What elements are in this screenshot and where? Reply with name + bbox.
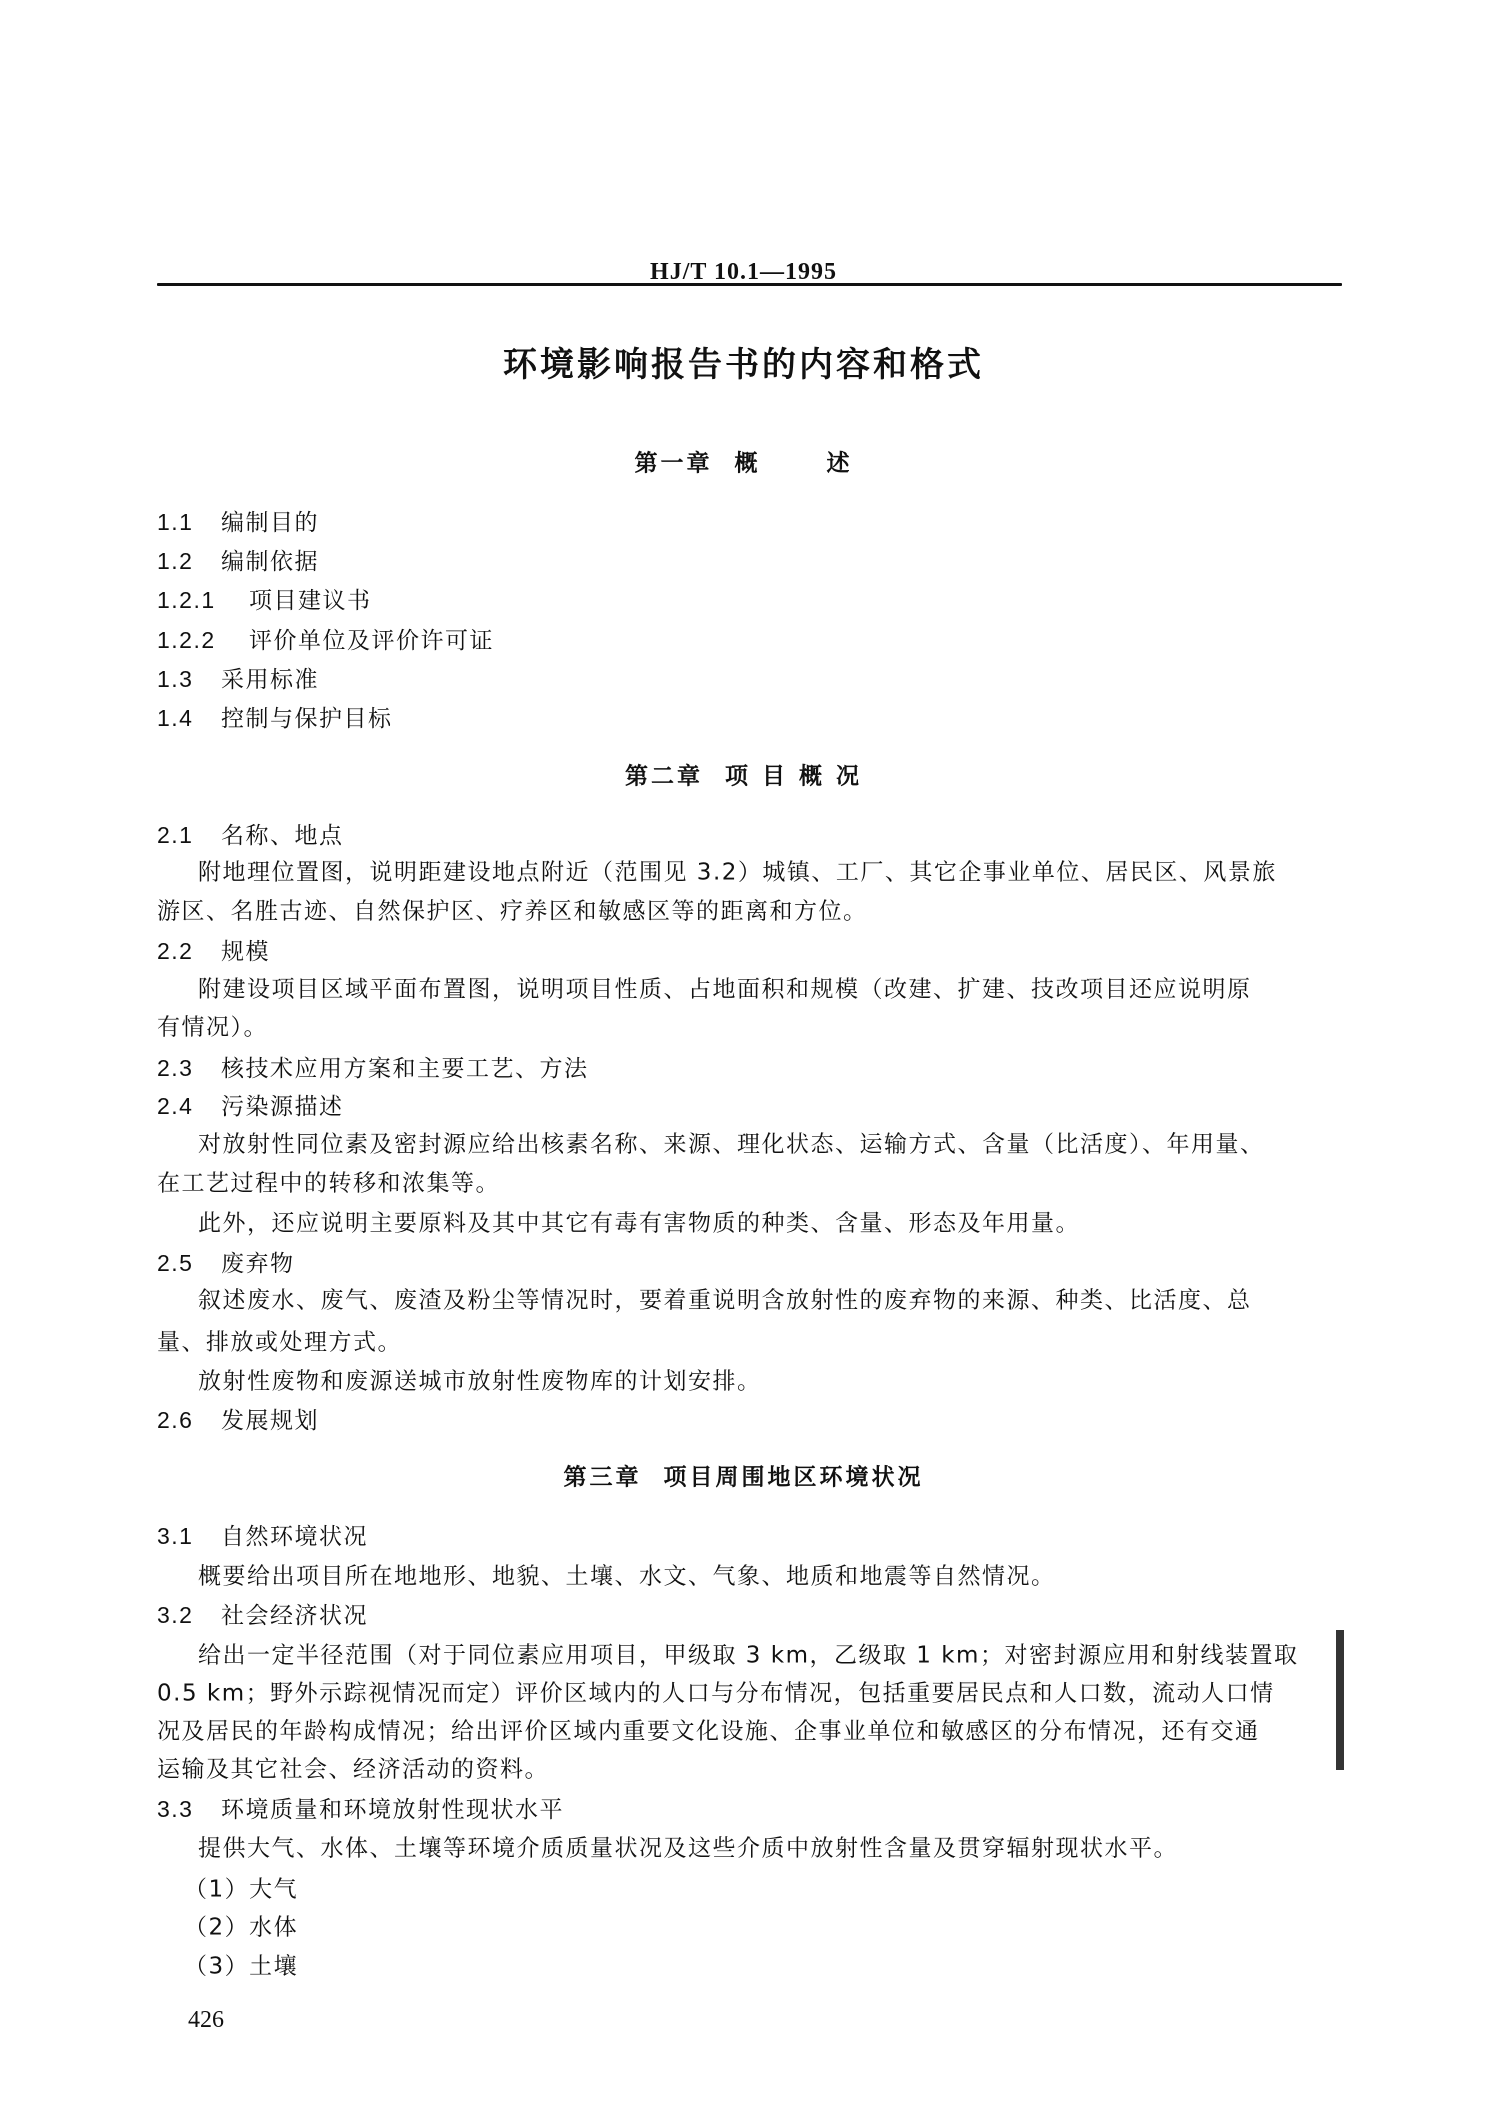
section-3-3: 3.3环境质量和环境放射性现状水平 (157, 1798, 564, 1822)
section-title: 环境质量和环境放射性现状水平 (221, 1797, 564, 1823)
list-item: （1）大气 (184, 1879, 298, 1902)
section-3-1: 3.1自然环境状况 (157, 1525, 368, 1549)
section-2-5: 2.5废弃物 (157, 1252, 295, 1276)
section-1-4: 1.4控制与保护目标 (157, 707, 393, 731)
section-title: 评价单位及评价许可证 (249, 628, 494, 654)
section-title: 社会经济状况 (221, 1603, 368, 1629)
paragraph-line: 给出一定半径范围（对于同位素应用项目，甲级取 3 km，乙级取 1 km；对密封… (198, 1645, 1298, 1668)
section-title: 名称、地点 (221, 823, 344, 849)
section-number: 2.1 (157, 824, 221, 847)
chapter-2-heading: 第二章 项 目 概 况 (0, 766, 1487, 789)
section-2-1: 2.1名称、地点 (157, 824, 344, 848)
section-number: 2.6 (157, 1409, 221, 1432)
paragraph-line: 此外，还应说明主要原料及其中其它有毒有害物质的种类、含量、形态及年用量。 (198, 1213, 1080, 1236)
section-2-4: 2.4污染源描述 (157, 1095, 344, 1119)
section-number: 1.3 (157, 668, 221, 691)
paragraph-line: 叙述废水、废气、废渣及粉尘等情况时，要着重说明含放射性的废弃物的来源、种类、比活… (198, 1290, 1252, 1313)
paragraph-line: 运输及其它社会、经济活动的资料。 (157, 1759, 549, 1782)
paragraph-line: 附地理位置图，说明距建设地点附近（范围见 3.2）城镇、工厂、其它企事业单位、居… (198, 862, 1277, 885)
section-1-2-1: 1.2.1项目建议书 (157, 589, 372, 613)
section-title: 采用标准 (221, 667, 319, 693)
section-title: 规模 (221, 939, 270, 965)
paragraph-line: 况及居民的年龄构成情况；给出评价区域内重要文化设施、企事业单位和敏感区的分布情况… (157, 1721, 1260, 1744)
paragraph-line: 游区、名胜古迹、自然保护区、疗养区和敏感区等的距离和方位。 (157, 901, 868, 924)
section-title: 编制依据 (221, 549, 319, 575)
chapter-1-heading: 第一章 概 述 (0, 453, 1487, 476)
paragraph-line: 量、排放或处理方式。 (157, 1332, 402, 1355)
paragraph-line: 有情况）。 (157, 1017, 268, 1040)
paragraph-line: 0.5 km；野外示踪视情况而定）评价区域内的人口与分布情况，包括重要居民点和人… (157, 1683, 1275, 1706)
section-title: 污染源描述 (221, 1094, 344, 1120)
list-item: （2）水体 (184, 1917, 298, 1940)
document-title: 环境影响报告书的内容和格式 (0, 348, 1487, 382)
section-1-3: 1.3采用标准 (157, 668, 319, 692)
section-number: 3.1 (157, 1525, 221, 1548)
paragraph-line: 概要给出项目所在地地形、地貌、土壤、水文、气象、地质和地震等自然情况。 (198, 1566, 1056, 1589)
section-2-6: 2.6发展规划 (157, 1409, 319, 1433)
section-number: 2.2 (157, 940, 221, 963)
section-title: 编制目的 (221, 510, 319, 536)
scan-artifact (1336, 1630, 1344, 1770)
section-number: 1.2.2 (157, 629, 249, 652)
page-number: 426 (188, 2008, 224, 2032)
section-number: 2.3 (157, 1057, 221, 1080)
section-number: 2.5 (157, 1252, 221, 1275)
paragraph-line: 在工艺过程中的转移和浓集等。 (157, 1173, 500, 1196)
section-title: 核技术应用方案和主要工艺、方法 (221, 1056, 589, 1082)
section-number: 1.2.1 (157, 589, 249, 612)
section-1-1: 1.1编制目的 (157, 511, 319, 535)
section-title: 废弃物 (221, 1251, 295, 1277)
section-number: 3.3 (157, 1798, 221, 1821)
section-number: 2.4 (157, 1095, 221, 1118)
section-2-3: 2.3核技术应用方案和主要工艺、方法 (157, 1057, 589, 1081)
section-title: 自然环境状况 (221, 1524, 368, 1550)
paragraph-line: 放射性废物和废源送城市放射性废物库的计划安排。 (198, 1371, 762, 1394)
section-3-2: 3.2社会经济状况 (157, 1604, 368, 1628)
section-2-2: 2.2规模 (157, 940, 270, 964)
section-1-2: 1.2编制依据 (157, 550, 319, 574)
paragraph-line: 附建设项目区域平面布置图，说明项目性质、占地面积和规模（改建、扩建、技改项目还应… (198, 979, 1252, 1002)
section-number: 1.4 (157, 707, 221, 730)
paragraph-line: 对放射性同位素及密封源应给出核素名称、来源、理化状态、运输方式、含量（比活度）、… (198, 1134, 1265, 1157)
chapter-3-heading: 第三章 项目周围地区环境状况 (0, 1467, 1487, 1490)
header-rule (157, 283, 1342, 286)
list-item: （3）土壤 (184, 1956, 298, 1979)
section-number: 1.1 (157, 511, 221, 534)
paragraph-line: 提供大气、水体、土壤等环境介质质量状况及这些介质中放射性含量及贯穿辐射现状水平。 (198, 1838, 1178, 1861)
section-title: 控制与保护目标 (221, 706, 393, 732)
section-title: 发展规划 (221, 1408, 319, 1434)
section-title: 项目建议书 (249, 588, 372, 614)
section-1-2-2: 1.2.2评价单位及评价许可证 (157, 629, 494, 653)
section-number: 1.2 (157, 550, 221, 573)
section-number: 3.2 (157, 1604, 221, 1627)
running-header-code: HJ/T 10.1—1995 (0, 260, 1487, 284)
